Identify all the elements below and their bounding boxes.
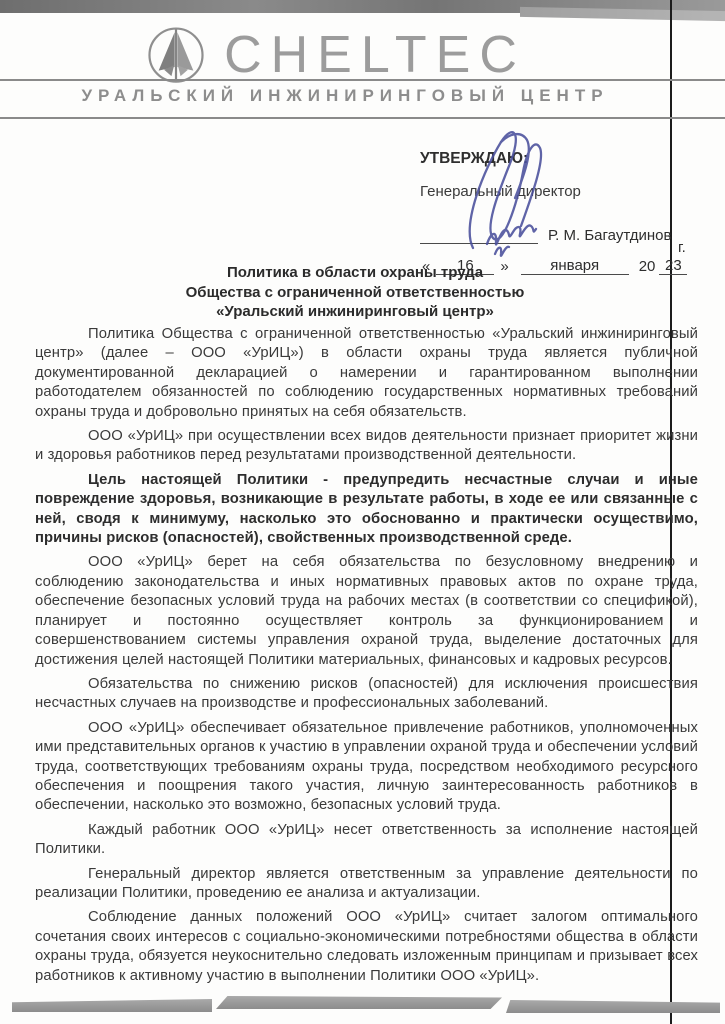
paragraph-3-policy-goal: Цель настоящей Политики - предупредить н… <box>35 471 698 549</box>
document-title: Политика в области охраны труда Общества… <box>35 263 675 322</box>
approval-block: УТВЕРЖДАЮ: Генеральный директор Р. М. Ба… <box>420 150 666 275</box>
brand-name: CHELTEC <box>224 26 526 84</box>
brand-subtitle: УРАЛЬСКИЙ ИНЖИНИРИНГОВЫЙ ЦЕНТР <box>0 86 690 106</box>
approve-label: УТВЕРЖДАЮ: <box>420 150 666 168</box>
title-line-1: Политика в области охраны труда <box>35 263 675 283</box>
date-era-label: г. <box>678 239 686 256</box>
policy-body: Политика Общества с ограниченной ответст… <box>35 325 698 991</box>
paragraph-5: Обязательства по снижению рисков (опасно… <box>35 675 698 714</box>
scan-artifact-bottom-band <box>0 994 725 1014</box>
paragraph-8: Генеральный директор является ответствен… <box>35 865 698 904</box>
title-line-3: «Уральский инжиниринговый центр» <box>35 302 675 322</box>
paragraph-4: ООО «УрИЦ» берет на себя обязательства п… <box>35 553 698 669</box>
signer-position: Генеральный директор <box>420 183 666 200</box>
signer-name: Р. М. Багаутдинов <box>548 227 671 244</box>
letterhead-divider-top <box>0 79 725 81</box>
paragraph-1: Политика Общества с ограниченной ответст… <box>35 325 698 422</box>
paragraph-9: Соблюдение данных положений ООО «УрИЦ» с… <box>35 908 698 986</box>
letterhead-divider-bottom <box>0 117 725 119</box>
scanned-document-page: CHELTEC УРАЛЬСКИЙ ИНЖИНИРИНГОВЫЙ ЦЕНТР У… <box>0 0 725 1024</box>
signature-line <box>420 226 538 244</box>
letterhead: CHELTEC <box>0 22 670 80</box>
title-line-2: Общества с ограниченной ответственностью <box>35 283 675 303</box>
paragraph-2: ООО «УрИЦ» при осуществлении всех видов … <box>35 427 698 466</box>
paragraph-6: ООО «УрИЦ» обеспечивает обязательное при… <box>35 719 698 816</box>
signature-row: Р. М. Багаутдинов <box>420 226 666 244</box>
scan-artifact-bottom-segment-3 <box>506 1000 720 1013</box>
scan-artifact-bottom-segment-1 <box>12 999 212 1012</box>
scan-artifact-bottom-segment-2 <box>216 996 502 1009</box>
paragraph-7: Каждый работник ООО «УрИЦ» несет ответст… <box>35 821 698 860</box>
